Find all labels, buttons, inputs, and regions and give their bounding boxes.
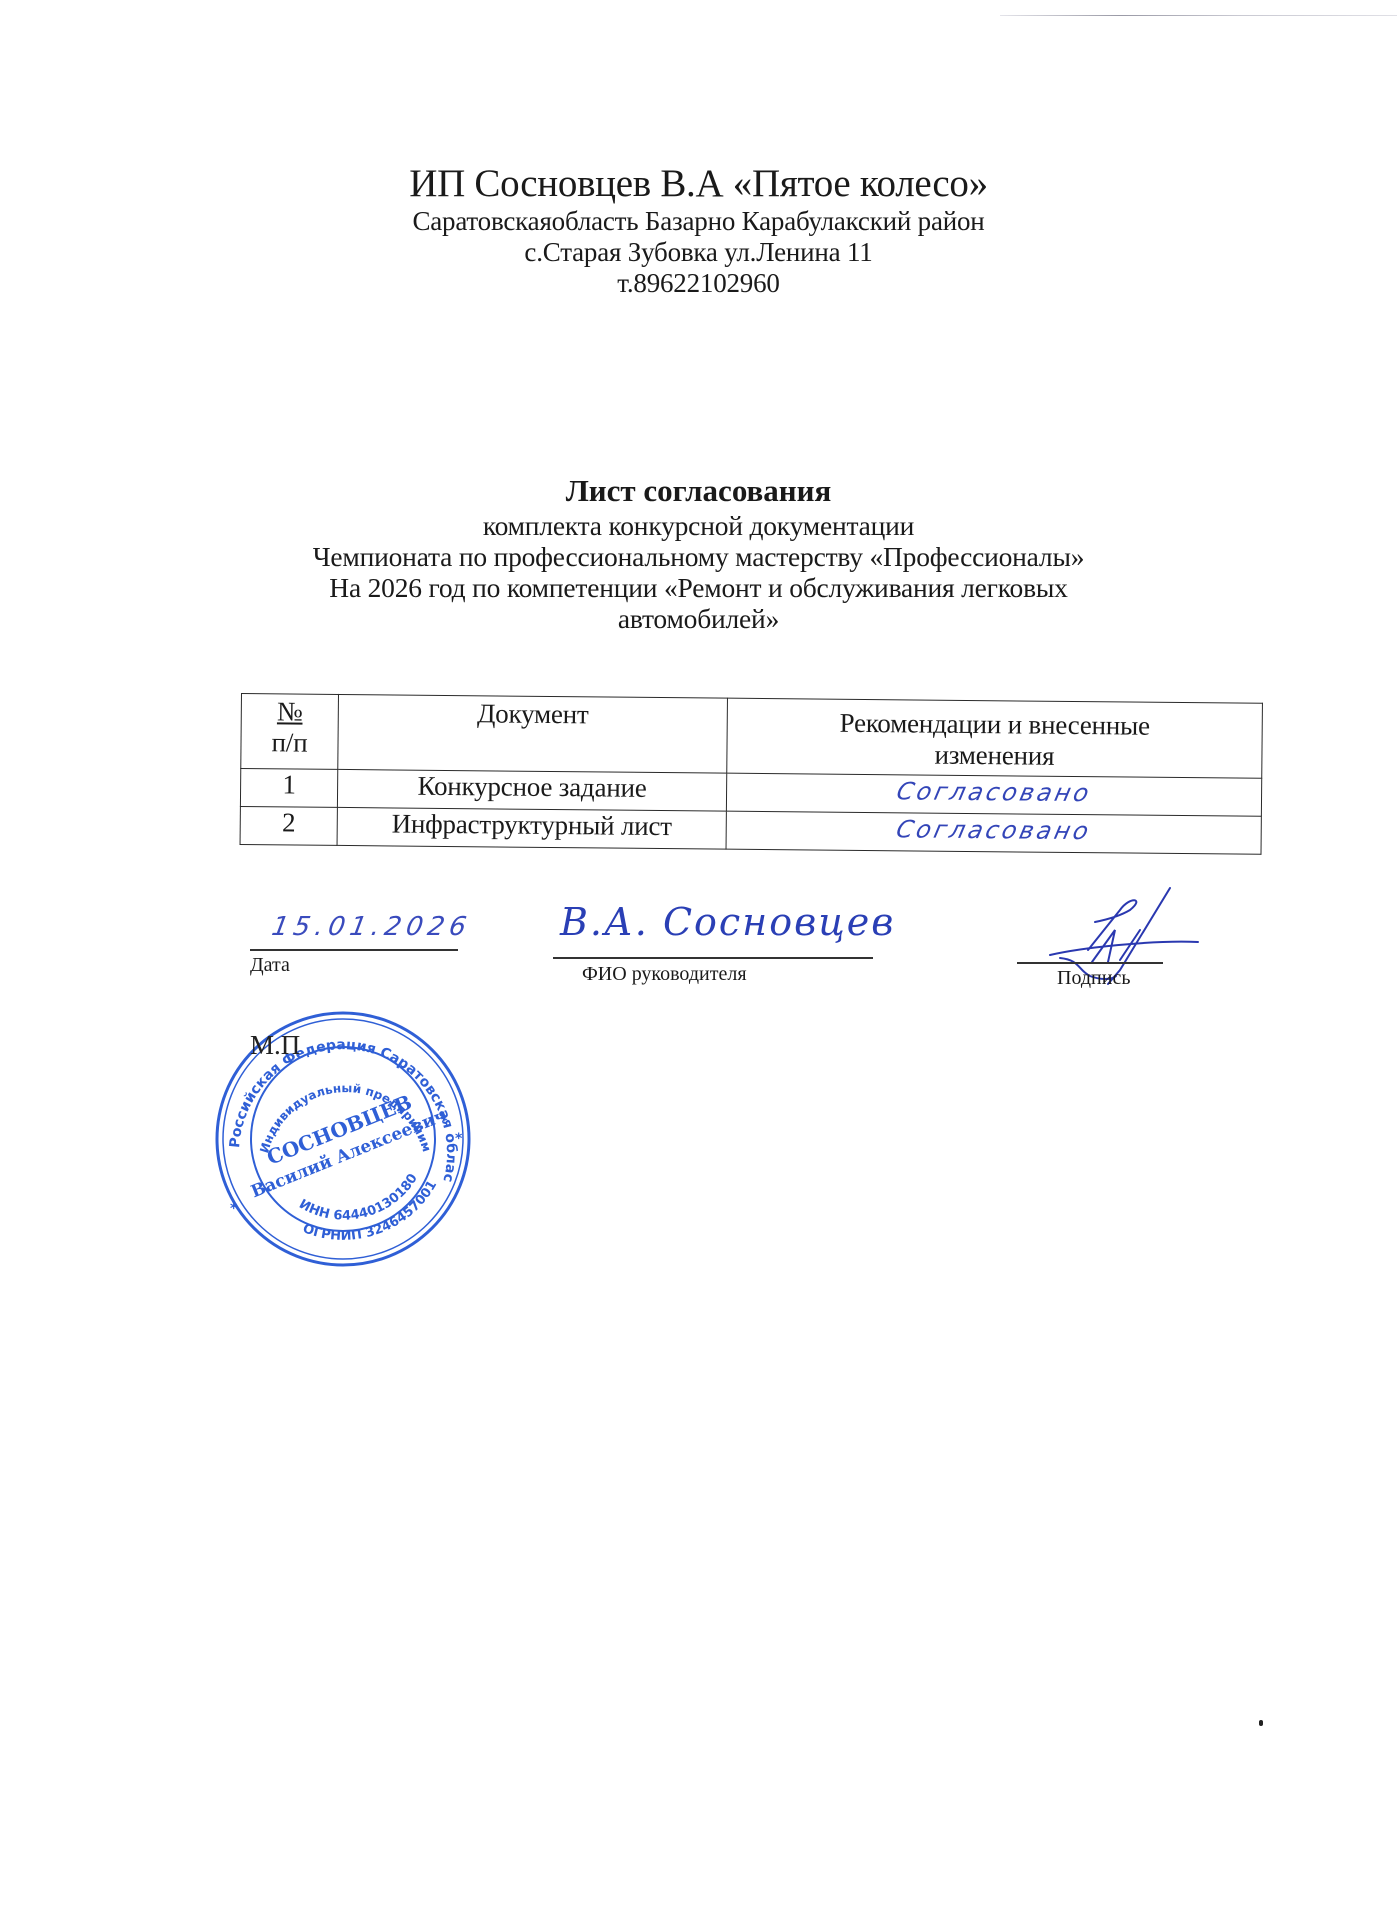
header-document: Документ [338,694,728,773]
seal-placeholder-label: М.П [250,1030,300,1061]
handwritten-approval: Согласовано [894,776,1095,809]
scan-dot [1259,1720,1263,1726]
row-recommendation: Согласовано [726,811,1261,854]
subtitle-line: На 2026 год по компетенции «Ремонт и обс… [0,572,1397,603]
name-line [553,957,873,959]
approval-table: № п/п Документ Рекомендации и внесенные … [240,693,1263,855]
svg-text:*: * [455,1131,463,1147]
svg-text:*: * [230,1201,238,1217]
row-number: 1 [240,769,337,808]
handwritten-name: В.А. Сосновцев [560,900,895,944]
date-label: Дата [250,954,290,976]
handwritten-approval: Согласовано [893,814,1094,847]
scan-artifact-line [1000,15,1397,16]
name-label: ФИО руководителя [582,963,747,985]
header-number: № п/п [241,694,339,770]
date-line [250,949,458,951]
row-document: Конкурсное задание [337,769,726,811]
subtitle-line: автомобилей» [0,603,1397,634]
header-number-abbrev: п/п [245,727,333,759]
document-heading: Лист согласования комплекта конкурсной д… [0,472,1397,634]
signature-line [1017,962,1163,964]
subtitle-line: комплекта конкурсной документации [0,510,1397,541]
subtitle-line: Чемпионата по профессиональному мастерст… [0,541,1397,572]
org-title: ИП Сосновцев В.А «Пятое колесо» [0,162,1397,206]
address-line-1: Саратовскаяобласть Базарно Карабулакский… [0,206,1397,237]
header-number-symbol: № [246,696,334,728]
address-line-2: с.Старая Зубовка ул.Ленина 11 [0,237,1397,268]
header-recommendations-line1: Рекомендации и внесенные [732,701,1258,743]
row-number: 2 [240,806,337,845]
header-recommendations-line2: изменения [731,738,1257,774]
document-title: Лист согласования [0,472,1397,510]
table-header-row: № п/п Документ Рекомендации и внесенные … [241,694,1263,779]
row-recommendation: Согласовано [726,773,1261,816]
signature-label: Подпись [1057,967,1130,989]
header-recommendations: Рекомендации и внесенные изменения [727,698,1263,778]
letterhead: ИП Сосновцев В.А «Пятое колесо» Саратовс… [0,162,1397,299]
phone: т.89622102960 [0,268,1397,299]
row-document: Инфраструктурный лист [337,807,726,849]
handwritten-date: 15.01.2026 [269,912,473,942]
